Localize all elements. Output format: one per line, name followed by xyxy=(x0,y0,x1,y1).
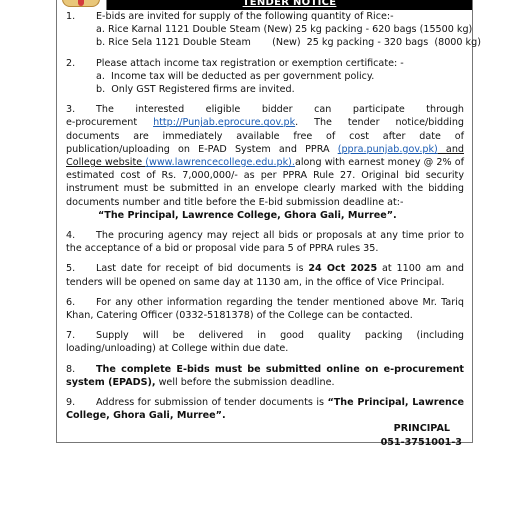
item-4: 4.The procuring agency may reject all bi… xyxy=(66,229,464,255)
notice-body: 1.E-bids are invited for supply of the f… xyxy=(66,10,464,449)
item-number: 5. xyxy=(66,262,96,275)
notice-title: TENDER NOTICE xyxy=(107,0,472,10)
college-crest-icon xyxy=(62,0,100,7)
item-number: 7. xyxy=(66,329,96,342)
item-number: 2. xyxy=(66,57,96,70)
college-website-link[interactable]: (www.lawrencecollege.edu.pk). xyxy=(145,157,295,168)
sub-item-b: b. Rice Sela 1121 Double Steam (New) 25 … xyxy=(66,36,464,49)
item-text: The procuring agency may reject all bids… xyxy=(66,230,464,254)
sub-item-a: a. Rice Karnal 1121 Double Steam (New) 2… xyxy=(66,23,464,36)
item-6: 6.For any other information regarding th… xyxy=(66,296,464,322)
signature-block: PRINCIPAL 051-3751001-3 xyxy=(66,422,464,448)
sub-item-b: b. Only GST Registered firms are invited… xyxy=(66,83,464,96)
item-number: 6. xyxy=(66,296,96,309)
item-text: Supply will be delivered in good quality… xyxy=(66,330,464,354)
item-9: 9.Address for submission of tender docum… xyxy=(66,396,464,422)
item-text: Please attach income tax registration or… xyxy=(96,58,404,69)
ppra-link[interactable]: (ppra.punjab.gov.pk) xyxy=(338,144,438,155)
item-text: Address for submission of tender documen… xyxy=(96,397,327,408)
item-number: 3. xyxy=(66,103,96,116)
signatory-title: PRINCIPAL xyxy=(66,422,462,435)
item-number: 4. xyxy=(66,229,96,242)
last-date: 24 Oct 2025 xyxy=(308,263,377,274)
item-text: E-bids are invited for supply of the fol… xyxy=(96,11,394,22)
item-text: For any other information regarding the … xyxy=(66,297,464,321)
item-text: Last date for receipt of bid documents i… xyxy=(96,263,308,274)
contact-phone: 051-3751001-3 xyxy=(66,436,462,449)
notice-header: TENDER NOTICE xyxy=(57,0,472,10)
college-logo xyxy=(57,0,107,10)
item-2: 2.Please attach income tax registration … xyxy=(66,57,464,97)
address-quote: “The Principal, Lawrence College, Ghora … xyxy=(66,209,464,222)
item-number: 9. xyxy=(66,396,96,409)
item-text: well before the submission deadline. xyxy=(156,377,335,388)
item-3: 3.The interested eligible bidder can par… xyxy=(66,103,464,222)
item-number: 8. xyxy=(66,363,96,376)
eprocure-link[interactable]: http://Punjab.eprocure.gov.pk xyxy=(153,117,295,128)
item-7: 7.Supply will be delivered in good quali… xyxy=(66,329,464,355)
item-8: 8.The complete E-bids must be submitted … xyxy=(66,363,464,389)
item-5: 5.Last date for receipt of bid documents… xyxy=(66,262,464,288)
sub-item-a: a. Income tax will be deducted as per go… xyxy=(66,70,464,83)
tender-notice-box: TENDER NOTICE 1.E-bids are invited for s… xyxy=(56,0,473,443)
item-1: 1.E-bids are invited for supply of the f… xyxy=(66,10,464,50)
item-number: 1. xyxy=(66,10,96,23)
